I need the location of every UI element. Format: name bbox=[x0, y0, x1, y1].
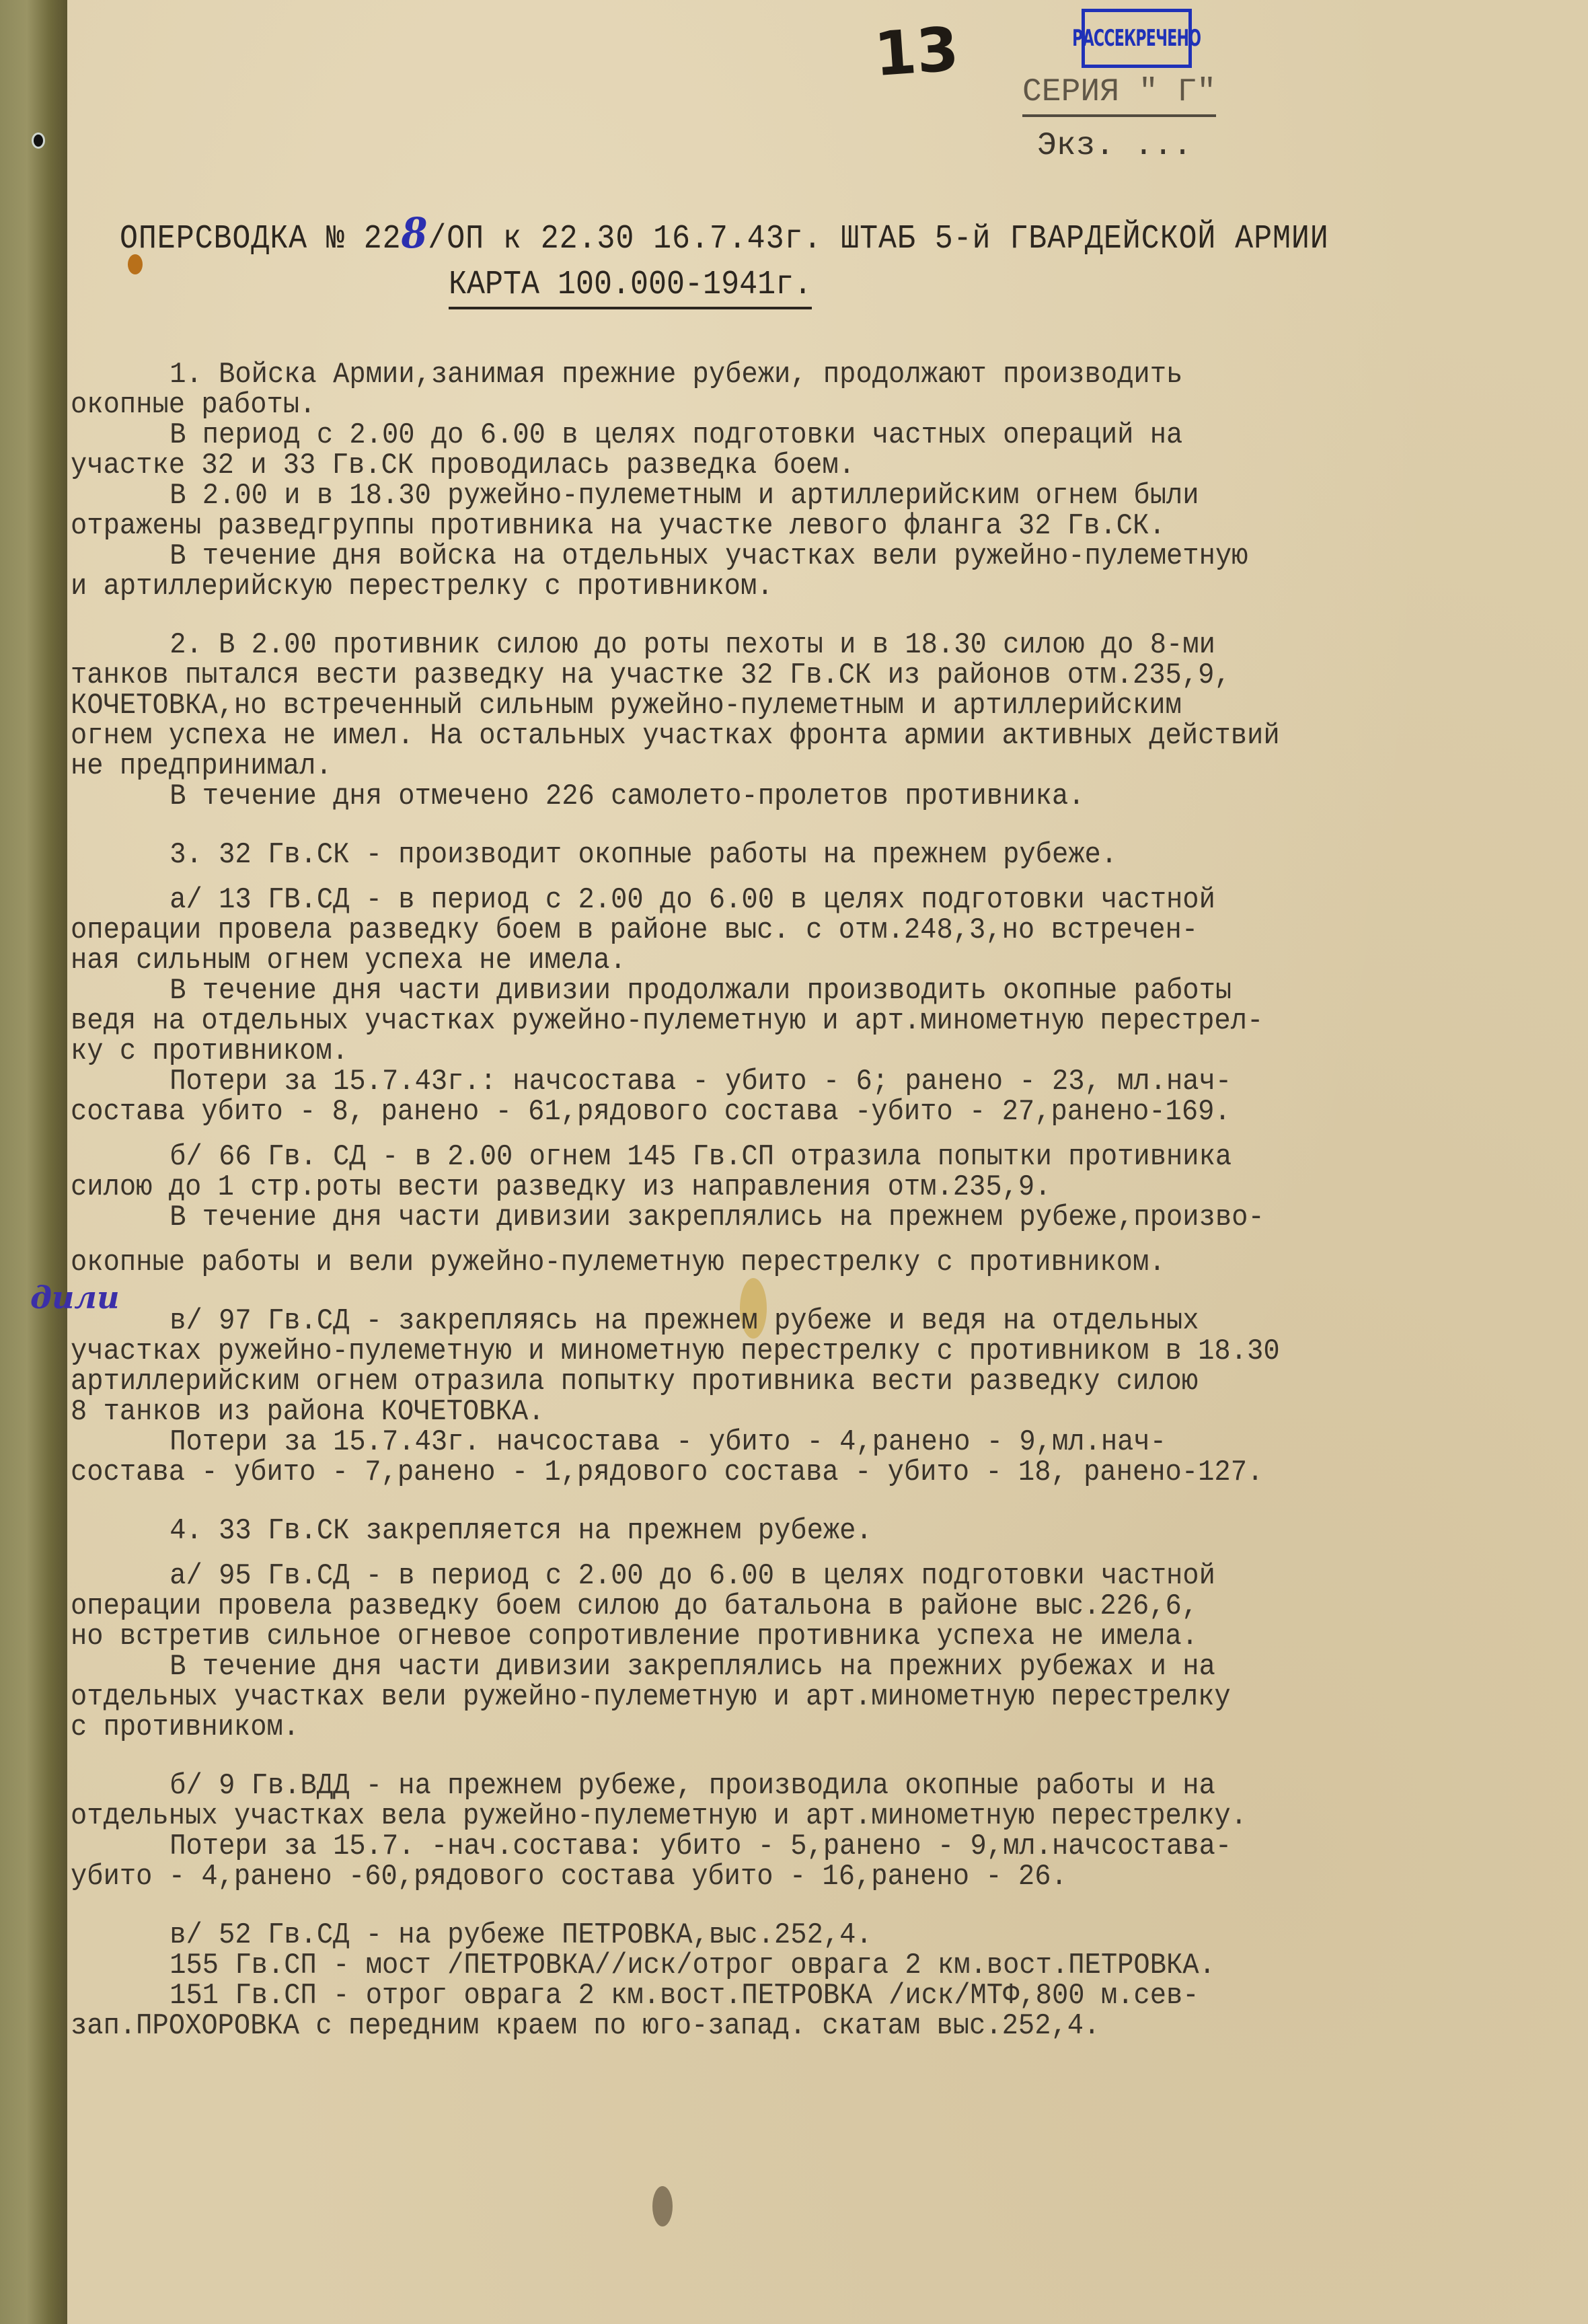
text-line: окопные работы. bbox=[71, 390, 1444, 420]
text-line: участке 32 и 33 Гв.СК проводилась развед… bbox=[71, 451, 1444, 481]
text-line: КОЧЕТОВКА,но встреченный сильным ружейно… bbox=[71, 691, 1444, 721]
text-line: состава убито - 8, ранено - 61,рядового … bbox=[71, 1097, 1444, 1127]
title-prefix: ОПЕРСВОДКА № 22 bbox=[120, 220, 402, 258]
text-line: убито - 4,ранено -60,рядового состава уб… bbox=[71, 1862, 1444, 1892]
map-reference: КАРТА 100.000-1941г. bbox=[449, 266, 812, 309]
title-suffix: /ОП к 22.30 16.7.43г. ШТАБ 5-й ГВАРДЕЙСК… bbox=[428, 220, 1328, 258]
text-line: зап.ПРОХОРОВКА с передним краем по юго-з… bbox=[71, 2011, 1444, 2041]
paragraph-gap bbox=[71, 1892, 1564, 1920]
text-line: 155 Гв.СП - мост /ПЕТРОВКА//иск/отрог ов… bbox=[71, 1951, 1444, 1981]
text-line: б/ 66 Гв. СД - в 2.00 огнем 145 Гв.СП от… bbox=[71, 1142, 1444, 1172]
paragraph-gap bbox=[71, 602, 1564, 630]
text-line: в/ 52 Гв.СД - на рубеже ПЕТРОВКА,выс.252… bbox=[71, 1920, 1444, 1951]
paragraph-gap bbox=[71, 1743, 1564, 1771]
text-line: не предпринимал. bbox=[71, 751, 1444, 782]
text-line: танков пытался вести разведку на участке… bbox=[71, 661, 1444, 691]
text-line: 4. 33 Гв.СК закрепляется на прежнем рубе… bbox=[71, 1516, 1444, 1546]
ink-blot bbox=[652, 2186, 673, 2226]
text-line: в/ 97 Гв.СД - закрепляясь на прежнем руб… bbox=[71, 1306, 1444, 1337]
series-label: СЕРИЯ " Г" bbox=[1022, 74, 1216, 117]
text-line: В течение дня войска на отдельных участк… bbox=[71, 541, 1444, 572]
text-line: 151 Гв.СП - отрог оврага 2 км.вост.ПЕТРО… bbox=[71, 1981, 1444, 2011]
text-line: В течение дня части дивизии закреплялись… bbox=[71, 1652, 1444, 1682]
text-line: огнем успеха не имел. На остальных участ… bbox=[71, 721, 1444, 751]
report-body: 1. Войска Армии,занимая прежние рубежи, … bbox=[71, 360, 1564, 2041]
binding-hole bbox=[34, 135, 43, 147]
paragraph-gap bbox=[71, 812, 1564, 840]
text-line: В течение дня части дивизии продолжали п… bbox=[71, 976, 1444, 1006]
paragraph-gap bbox=[71, 1278, 1564, 1306]
binding-strip bbox=[0, 0, 67, 2324]
declassified-stamp-text: РАССЕКРЕЧЕНО bbox=[1072, 25, 1201, 52]
document-title: ОПЕРСВОДКА № 228/ОП к 22.30 16.7.43г. ШТ… bbox=[120, 209, 1329, 258]
folio-number: 13 bbox=[872, 14, 960, 90]
text-line: В период с 2.00 до 6.00 в целях подготов… bbox=[71, 420, 1444, 451]
handwritten-correction: 8 bbox=[402, 209, 428, 258]
text-line: 3. 32 Гв.СК - производит окопные работы … bbox=[71, 840, 1444, 870]
text-line: 8 танков из района КОЧЕТОВКА. bbox=[71, 1397, 1444, 1427]
declassified-stamp: РАССЕКРЕЧЕНО bbox=[1082, 9, 1192, 68]
text-line: В течение дня части дивизии закреплялись… bbox=[71, 1203, 1444, 1233]
text-line: окопные работы и вели ружейно-пулеметную… bbox=[71, 1248, 1444, 1278]
text-line: 2. В 2.00 противник силою до роты пехоты… bbox=[71, 630, 1444, 661]
text-line: операции провела разведку боем силою до … bbox=[71, 1591, 1444, 1622]
copy-number: Экз. ... bbox=[1037, 128, 1192, 164]
text-line: состава - убито - 7,ранено - 1,рядового … bbox=[71, 1458, 1444, 1488]
text-line: Потери за 15.7. -нач.состава: убито - 5,… bbox=[71, 1832, 1444, 1862]
text-line: а/ 95 Гв.СД - в период с 2.00 до 6.00 в … bbox=[71, 1561, 1444, 1591]
text-line: б/ 9 Гв.ВДД - на прежнем рубеже, произво… bbox=[71, 1771, 1444, 1801]
text-line: ведя на отдельных участках ружейно-пулем… bbox=[71, 1006, 1444, 1037]
text-line: но встретив сильное огневое сопротивлени… bbox=[71, 1622, 1444, 1652]
text-line: отражены разведгруппы противника на учас… bbox=[71, 511, 1444, 541]
text-line: отдельных участках вели ружейно-пулеметн… bbox=[71, 1682, 1444, 1713]
text-line: 1. Войска Армии,занимая прежние рубежи, … bbox=[71, 360, 1444, 390]
text-line: ку с противником. bbox=[71, 1037, 1444, 1067]
text-line: и артиллерийскую перестрелку с противник… bbox=[71, 572, 1444, 602]
text-line: с противником. bbox=[71, 1713, 1444, 1743]
text-line: ная сильным огнем успеха не имела. bbox=[71, 946, 1444, 976]
text-line: В течение дня отмечено 226 самолето-прол… bbox=[71, 782, 1444, 812]
text-line: силою до 1 стр.роты вести разведку из на… bbox=[71, 1172, 1444, 1203]
text-line: Потери за 15.7.43г. начсостава - убито -… bbox=[71, 1427, 1444, 1458]
text-line: Потери за 15.7.43г.: начсостава - убито … bbox=[71, 1067, 1444, 1097]
text-line: отдельных участках вела ружейно-пулеметн… bbox=[71, 1801, 1444, 1832]
text-line: а/ 13 ГВ.СД - в период с 2.00 до 6.00 в … bbox=[71, 885, 1444, 915]
paragraph-gap bbox=[71, 1488, 1564, 1516]
text-line: участках ружейно-пулеметную и минометную… bbox=[71, 1337, 1444, 1367]
text-line: операции провела разведку боем в районе … bbox=[71, 915, 1444, 946]
text-line: В 2.00 и в 18.30 ружейно-пулеметным и ар… bbox=[71, 481, 1444, 511]
text-line: артиллерийским огнем отразила попытку пр… bbox=[71, 1367, 1444, 1397]
